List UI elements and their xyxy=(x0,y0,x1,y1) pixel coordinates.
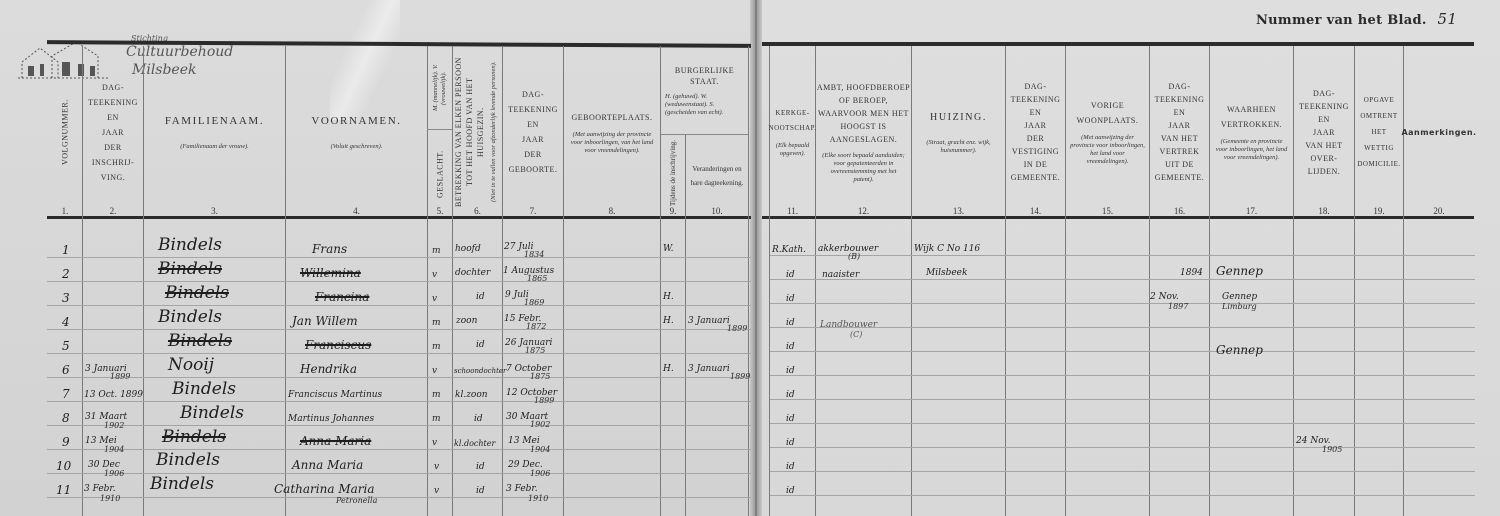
sex: m xyxy=(432,244,441,258)
row-line xyxy=(47,377,751,378)
header-note: (Niet in te vullen voor afzonderlijk lev… xyxy=(486,62,502,202)
header-staat-inschrijving: Tijdens de inschrijving. xyxy=(661,138,685,208)
occupation-class: (C) xyxy=(850,330,862,339)
relation: kl.zoon xyxy=(455,388,488,402)
sheet-number-title: Nummer van het Blad. 51 xyxy=(1256,10,1457,28)
departed-to: Gennep xyxy=(1216,343,1263,357)
civil-status-change: 3 Januari xyxy=(688,314,730,328)
header-note: (Gemeente en provincie voor inboorlingen… xyxy=(1210,138,1293,162)
header-label: Geslacht. xyxy=(433,150,448,198)
header-label: lijden. xyxy=(1308,165,1341,178)
header-domicilie: Opgave omtrent het wettig domicilie. xyxy=(1355,48,1403,216)
given-names-continued: Petronella xyxy=(336,496,377,505)
religion: id xyxy=(786,268,795,282)
registration-date: 13 Oct. 1899 xyxy=(84,388,143,402)
occupation-class: (B) xyxy=(848,252,860,261)
column-number: 3. xyxy=(144,206,285,216)
relation: id xyxy=(474,412,483,426)
header-label: het xyxy=(1371,124,1386,140)
given-names: Willemina xyxy=(300,266,361,280)
header-note: (Straat, gracht enz. wijk, huisnummer). xyxy=(912,139,1005,155)
birth-year: 1902 xyxy=(530,420,550,429)
row-line xyxy=(770,375,1475,376)
religion: id xyxy=(786,340,795,354)
header-label: domicilie. xyxy=(1357,156,1400,172)
header-label: uit de xyxy=(1165,158,1194,171)
header-note: (Elk bepaald opgeven). xyxy=(770,142,815,158)
row-line xyxy=(770,399,1475,400)
header-label: der xyxy=(104,140,122,155)
death-year: 1905 xyxy=(1322,445,1342,454)
given-names: Frans xyxy=(312,242,347,256)
surname: Bindels xyxy=(150,477,214,491)
relation: schoondochter xyxy=(454,364,506,378)
departure-year: 1897 xyxy=(1168,302,1188,311)
column-number: 16. xyxy=(1150,206,1209,216)
religion: id xyxy=(786,316,795,330)
column-number: 13. xyxy=(912,206,1005,216)
header-veranderingen: Veranderingen en hare dagteekening. xyxy=(686,138,748,208)
civil-status: H. xyxy=(663,314,674,328)
header-waarheen: Waarheen vertrokken. (Gemeente en provin… xyxy=(1210,48,1293,216)
row-line xyxy=(47,329,751,330)
column-number: 9. xyxy=(661,206,685,216)
relation: id xyxy=(476,290,485,304)
header-label: en xyxy=(107,110,119,125)
header-label: Tijdens de inschrijving. xyxy=(665,140,681,206)
header-voornamen: Voornamen. (Voluit geschreven). xyxy=(286,48,427,216)
sex: v xyxy=(432,364,437,378)
birth-year: 1899 xyxy=(534,396,554,405)
civil-status: W. xyxy=(663,242,674,256)
header-top-rule-right xyxy=(762,42,1474,46)
departure-date: 1894 xyxy=(1180,266,1203,280)
header-label: Voornamen. xyxy=(311,114,401,129)
row-number: 5 xyxy=(62,339,70,353)
registration-year: 1899 xyxy=(110,372,130,381)
relation: kl.dochter xyxy=(454,437,495,451)
row-number: 2 xyxy=(62,267,70,281)
given-names: Catharina Maria xyxy=(274,482,374,496)
given-names: Anna Maria xyxy=(292,458,363,472)
header-label: van het xyxy=(1161,132,1198,145)
row-number: 11 xyxy=(56,483,71,497)
column-number: 20. xyxy=(1404,206,1474,216)
relation: dochter xyxy=(455,266,490,280)
birth-year: 1834 xyxy=(524,250,544,259)
column-number: 18. xyxy=(1294,206,1354,216)
column-number: 11. xyxy=(770,206,815,216)
civil-status-change-year: 1899 xyxy=(730,372,750,381)
header-bottom-rule-left xyxy=(47,216,751,219)
header-label: Geboorteplaats. xyxy=(571,110,652,125)
header-label: Burgerlijke Staat. xyxy=(675,65,735,87)
surname: Bindels xyxy=(158,262,222,276)
religion: id xyxy=(786,388,795,402)
row-line xyxy=(47,305,751,306)
header-label: en xyxy=(527,117,539,132)
birth-year: 1910 xyxy=(528,494,548,503)
header-label: Huizing. xyxy=(930,110,987,125)
registration-year: 1906 xyxy=(104,469,124,478)
header-overlijden: Dag- teekening en Jaar van het over- lij… xyxy=(1294,48,1354,216)
relation: hoofd xyxy=(455,242,481,256)
header-label: vertrek xyxy=(1160,145,1200,158)
header-familienaam: Familienaam. (Familienaam der vrouw). xyxy=(144,48,285,216)
row-line xyxy=(47,425,751,426)
surname: Bindels xyxy=(168,334,232,348)
row-number: 9 xyxy=(62,435,70,449)
row-line xyxy=(770,471,1475,472)
header-label: Jaar xyxy=(1313,126,1335,139)
header-label: Betrekking van elken persoon tot het hoo… xyxy=(453,52,486,212)
header-geslacht-note: M. (mannelijk). V. (vrouwelijk). xyxy=(428,48,452,128)
row-number: 8 xyxy=(62,411,70,425)
header-label: Jaar xyxy=(102,125,124,140)
column-number: 2. xyxy=(83,206,143,216)
row-number: 3 xyxy=(62,291,70,305)
header-label: teekening xyxy=(508,102,558,117)
given-names: Francina xyxy=(315,290,369,304)
row-line xyxy=(770,447,1475,448)
header-vertrek: Dag- teekening en Jaar van het vertrek u… xyxy=(1150,48,1209,216)
header-aanmerkingen: Aanmerkingen. xyxy=(1404,48,1474,216)
column-number: 7. xyxy=(503,206,563,216)
header-note: (Familienaam der vrouw). xyxy=(176,143,253,151)
registration-year: 1902 xyxy=(104,421,124,430)
relation: id xyxy=(476,484,485,498)
header-label: Kerkge-nootschap. xyxy=(769,106,817,136)
sheet-number-value: 51 xyxy=(1438,10,1458,28)
given-names: Martinus Johannes xyxy=(288,412,374,426)
given-names: Anna Maria xyxy=(300,434,371,448)
given-names: Franciscus xyxy=(305,338,371,352)
registration-year: 1910 xyxy=(100,494,120,503)
header-geslacht: Geslacht. xyxy=(428,132,452,216)
birth-year: 1875 xyxy=(530,372,550,381)
header-betrekking: Betrekking van elken persoon tot het hoo… xyxy=(453,48,502,216)
burgerlijke-staat-split xyxy=(660,134,748,135)
header-label: en xyxy=(1030,106,1042,119)
row-number: 10 xyxy=(56,459,71,473)
relation: id xyxy=(476,338,485,352)
column-number: 17. xyxy=(1210,206,1293,216)
surname: Bindels xyxy=(165,286,229,300)
birth-year: 1875 xyxy=(525,346,545,355)
address: Milsbeek xyxy=(926,266,967,280)
surname: Bindels xyxy=(158,310,222,324)
header-label: Ambt, Hoofdberoep of Beroep, waarvoor me… xyxy=(816,81,911,146)
geslacht-split xyxy=(427,129,452,130)
book-gutter xyxy=(750,0,762,516)
header-label: Geboorte. xyxy=(509,162,558,177)
surname: Bindels xyxy=(158,238,222,252)
surname: Bindels xyxy=(162,430,226,444)
column-number: 15. xyxy=(1066,206,1149,216)
header-huizing: Huizing. (Straat, gracht enz. wijk, huis… xyxy=(912,48,1005,216)
row-line xyxy=(47,449,751,450)
header-label: Dag- xyxy=(1169,80,1191,93)
surname: Bindels xyxy=(156,453,220,467)
row-line xyxy=(47,281,751,282)
header-label: Veranderingen en hare dagteekening. xyxy=(686,162,748,190)
row-number: 4 xyxy=(62,315,70,329)
header-label: Dag- xyxy=(102,80,124,95)
civil-status-change: 3 Januari xyxy=(688,362,730,376)
header-volgnummer: Volgnummer. xyxy=(48,48,82,216)
religion: id xyxy=(786,292,795,306)
header-geboorte: Dag- teekening en Jaar der Geboorte. xyxy=(503,48,563,216)
header-beroep: Ambt, Hoofdberoep of Beroep, waarvoor me… xyxy=(816,48,911,216)
row-line xyxy=(770,423,1475,424)
header-note: (Elke soort bepaald aanduiden; voor gepa… xyxy=(816,152,911,184)
occupation: Landbouwer xyxy=(820,318,877,332)
header-label: Dag- xyxy=(1025,80,1047,93)
header-label: van het xyxy=(1305,139,1342,152)
sex: m xyxy=(432,340,441,354)
header-label: teekening xyxy=(1155,93,1205,106)
column-number: 4. xyxy=(286,206,427,216)
row-line xyxy=(770,279,1475,280)
row-line xyxy=(47,497,751,498)
column-number: 1. xyxy=(48,206,82,216)
religion: id xyxy=(786,484,795,498)
relation: id xyxy=(476,460,485,474)
row-line xyxy=(770,351,1475,352)
header-label: Opgave xyxy=(1364,92,1395,108)
column-number: 10. xyxy=(686,206,748,216)
column-number: 8. xyxy=(564,206,660,216)
registration-year: 1904 xyxy=(104,445,124,454)
birth-year: 1872 xyxy=(526,322,546,331)
header-note: (Met aanwijzing der provincie voor inboo… xyxy=(1066,134,1149,166)
birth-year: 1904 xyxy=(530,445,550,454)
surname: Nooij xyxy=(168,358,214,372)
given-names: Hendrika xyxy=(300,362,357,376)
sex: v xyxy=(434,460,439,474)
row-line xyxy=(47,401,751,402)
religion: id xyxy=(786,436,795,450)
header-inschrijving: Dag- teekening en Jaar der Inschrij- vin… xyxy=(83,48,143,216)
religion: R.Kath. xyxy=(772,243,806,257)
departed-to: Gennep xyxy=(1216,264,1263,278)
religion: id xyxy=(786,364,795,378)
sex: m xyxy=(432,316,441,330)
civil-status: H. xyxy=(663,290,674,304)
header-label: Inschrij- xyxy=(92,155,134,170)
given-names: Franciscus Martinus xyxy=(288,388,382,402)
column-number: 19. xyxy=(1355,206,1403,216)
header-label: Jaar xyxy=(522,132,544,147)
row-line xyxy=(770,303,1475,304)
header-label: Jaar xyxy=(1168,119,1190,132)
row-number: 6 xyxy=(62,363,70,377)
header-note: (Met aanwijzing der provincie voor inboo… xyxy=(564,131,660,155)
header-label: ving. xyxy=(101,170,126,185)
header-label: teekening xyxy=(1299,100,1349,113)
header-label: Aanmerkingen. xyxy=(1401,125,1476,140)
header-label: Dag- xyxy=(1313,87,1335,100)
header-label: Waarheen vertrokken. xyxy=(1210,102,1293,132)
header-label: en xyxy=(1318,113,1330,126)
row-line xyxy=(47,257,751,258)
header-label: over- xyxy=(1311,152,1338,165)
header-label: vestiging xyxy=(1012,145,1059,158)
row-line xyxy=(770,495,1475,496)
surname: Bindels xyxy=(172,382,236,396)
departed-to-province: Limburg xyxy=(1222,302,1257,311)
header-label: Gemeente. xyxy=(1155,171,1205,184)
header-vorige-woonplaats: Vorige Woonplaats. (Met aanwijzing der p… xyxy=(1066,48,1149,216)
header-label: Volgnummer. xyxy=(58,99,73,165)
surname: Bindels xyxy=(180,406,244,420)
header-note: (Voluit geschreven). xyxy=(327,143,387,151)
sex: m xyxy=(432,412,441,426)
column-number: 14. xyxy=(1006,206,1065,216)
row-number: 1 xyxy=(62,243,70,257)
header-label: in de xyxy=(1024,158,1048,171)
sex: v xyxy=(434,484,439,498)
address: Wijk C No 116 xyxy=(914,242,980,256)
header-label: der xyxy=(524,147,542,162)
sex: v xyxy=(432,436,437,450)
header-label: der xyxy=(1027,132,1045,145)
civil-status: H. xyxy=(663,362,674,376)
religion: id xyxy=(786,460,795,474)
header-label: teekening xyxy=(88,95,138,110)
header-label: Dag- xyxy=(522,87,544,102)
header-kerkgenootschap: Kerkge-nootschap. (Elk bepaald opgeven). xyxy=(770,48,815,216)
given-names: Jan Willem xyxy=(292,314,358,328)
header-bottom-rule-right xyxy=(762,216,1474,219)
header-label: wettig xyxy=(1364,140,1394,156)
sex: v xyxy=(432,268,437,282)
header-label: Familienaam. xyxy=(165,114,264,129)
header-note: H. (gehuwd). W. (weduwenstaat). S. (gesc… xyxy=(661,93,748,117)
sex: v xyxy=(432,292,437,306)
religion: id xyxy=(786,412,795,426)
header-label: teekening xyxy=(1011,93,1061,106)
row-number: 7 xyxy=(62,387,70,401)
birth-year: 1906 xyxy=(530,469,550,478)
column-number: 6. xyxy=(453,206,502,216)
column-number: 12. xyxy=(816,206,911,216)
row-line xyxy=(47,353,751,354)
birth-year: 1869 xyxy=(524,298,544,307)
header-label: Gemeente. xyxy=(1011,171,1061,184)
civil-status-change-year: 1899 xyxy=(727,324,747,333)
header-geboorteplaats: Geboorteplaats. (Met aanwijzing der prov… xyxy=(564,48,660,216)
occupation: naaister xyxy=(822,268,859,282)
header-burgerlijke-staat: Burgerlijke Staat. H. (gehuwd). W. (wedu… xyxy=(661,48,748,134)
relation: zoon xyxy=(456,314,477,328)
header-label: Vorige Woonplaats. xyxy=(1066,98,1149,128)
column-number: 5. xyxy=(428,206,452,216)
sex: m xyxy=(432,388,441,402)
header-note: M. (mannelijk). V. (vrouwelijk). xyxy=(428,48,452,128)
header-label: Jaar xyxy=(1024,119,1046,132)
birth-year: 1865 xyxy=(527,274,547,283)
header-label: omtrent xyxy=(1360,108,1397,124)
sheet-number-label: Nummer van het Blad. xyxy=(1256,13,1427,28)
header-vestiging: Dag- teekening en Jaar der vestiging in … xyxy=(1006,48,1065,216)
header-label: en xyxy=(1174,106,1186,119)
